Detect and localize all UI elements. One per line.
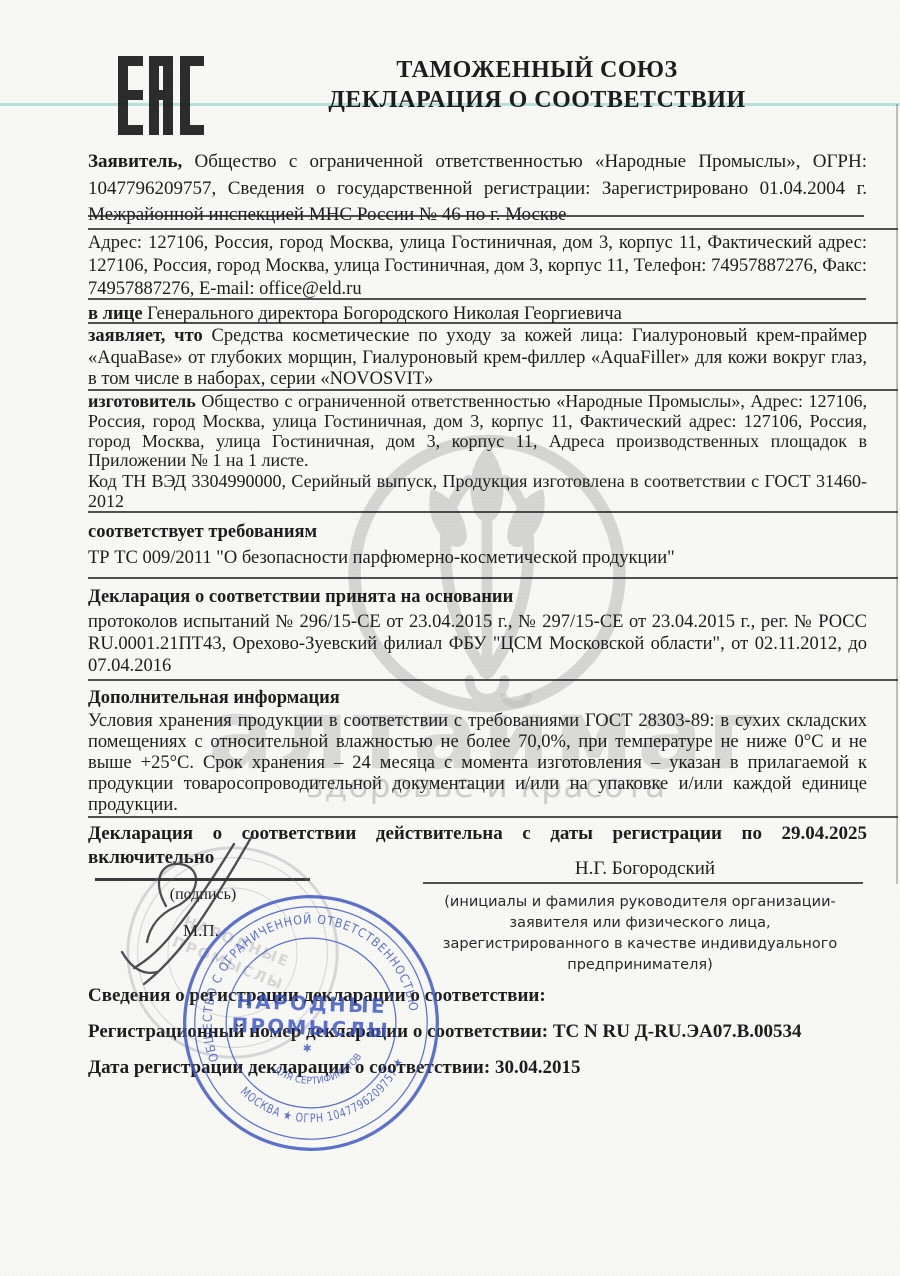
- declares-paragraph: заявляет, что Средства косметические по …: [88, 326, 867, 391]
- table-border: [88, 679, 898, 681]
- manufacturer-label: изготовитель: [88, 391, 196, 411]
- table-border: [88, 577, 898, 579]
- complies-text: ТР ТС 009/2011 "О безопасности парфюмерн…: [88, 545, 867, 571]
- title-line-1: ТАМОЖЕННЫЙ СОЮЗ: [237, 55, 837, 85]
- table-border: [88, 298, 866, 300]
- stamp-ring-bottom-text: МОСКВА ★ ОГРН 1047796209757 ★: [236, 1051, 416, 1141]
- signature-ink: [100, 820, 300, 1000]
- address-text: Адрес: 127106, Россия, город Москва, ули…: [88, 233, 867, 299]
- applicant-text: Общество с ограниченной ответственностью…: [88, 151, 867, 225]
- table-border: [88, 322, 898, 324]
- manufacturer-text: Общество с ограниченной ответственностью…: [88, 391, 867, 470]
- document-title: ТАМОЖЕННЫЙ СОЮЗ ДЕКЛАРАЦИЯ О СООТВЕТСТВИ…: [237, 55, 837, 115]
- table-border: [88, 816, 898, 818]
- in-person-label: в лице: [88, 304, 143, 324]
- manufacturer-paragraph: изготовитель Общество с ограниченной отв…: [88, 392, 867, 471]
- tnved-code-text: Код ТН ВЭД 3304990000, Серийный выпуск, …: [88, 471, 867, 511]
- stamp-star-icon: ✱: [303, 1043, 318, 1056]
- registration-date-value: 30.04.2015: [495, 1057, 581, 1078]
- additional-heading: Дополнительная информация: [88, 685, 867, 711]
- head-name-line: [423, 882, 863, 884]
- tnved-code-paragraph: Код ТН ВЭД 3304990000, Серийный выпуск, …: [88, 471, 867, 511]
- additional-text: Условия хранения продукции в соответстви…: [88, 711, 867, 816]
- svg-text:ДЛЯ СЕРТИФИКАТОВ: ДЛЯ СЕРТИФИКАТОВ: [270, 1047, 368, 1096]
- complies-heading: соответствует требованиям: [88, 519, 867, 545]
- document-page: ТАМОЖЕННЫЙ СОЮЗ ДЕКЛАРАЦИЯ О СООТВЕТСТВИ…: [0, 0, 900, 1276]
- eac-logo-icon: [118, 56, 206, 136]
- table-border-strike: [88, 215, 864, 217]
- registration-number-value: ТС N RU Д-RU.ЭА07.В.00534: [553, 1021, 802, 1042]
- head-caption: (инициалы и фамилия руководителя организ…: [425, 892, 855, 976]
- basis-heading: Декларация о соответствии принята на осн…: [88, 584, 867, 610]
- title-line-2: ДЕКЛАРАЦИЯ О СООТВЕТСТВИИ: [237, 85, 837, 115]
- stamp-inner-arc-text: ДЛЯ СЕРТИФИКАТОВ: [270, 1047, 368, 1096]
- basis-text: протоколов испытаний № 296/15-СЕ от 23.0…: [88, 611, 867, 677]
- applicant-label: Заявитель,: [88, 151, 182, 172]
- stamp-center-line2: ПРОМЫСЛЫ: [231, 1014, 390, 1043]
- page-right-border: [896, 104, 898, 884]
- declares-label: заявляет, что: [88, 326, 203, 346]
- declares-text: Средства косметические по уходу за кожей…: [88, 326, 867, 389]
- in-person-text: Генерального директора Богородского Нико…: [147, 304, 622, 324]
- table-border: [88, 511, 898, 513]
- address-paragraph: Адрес: 127106, Россия, город Москва, ули…: [88, 232, 867, 301]
- head-name: Н.Г. Богородский: [480, 858, 810, 880]
- table-border: [88, 228, 898, 230]
- svg-text:МОСКВА ★ ОГРН 1047796209757 ★: МОСКВА ★ ОГРН 1047796209757 ★: [236, 1051, 416, 1141]
